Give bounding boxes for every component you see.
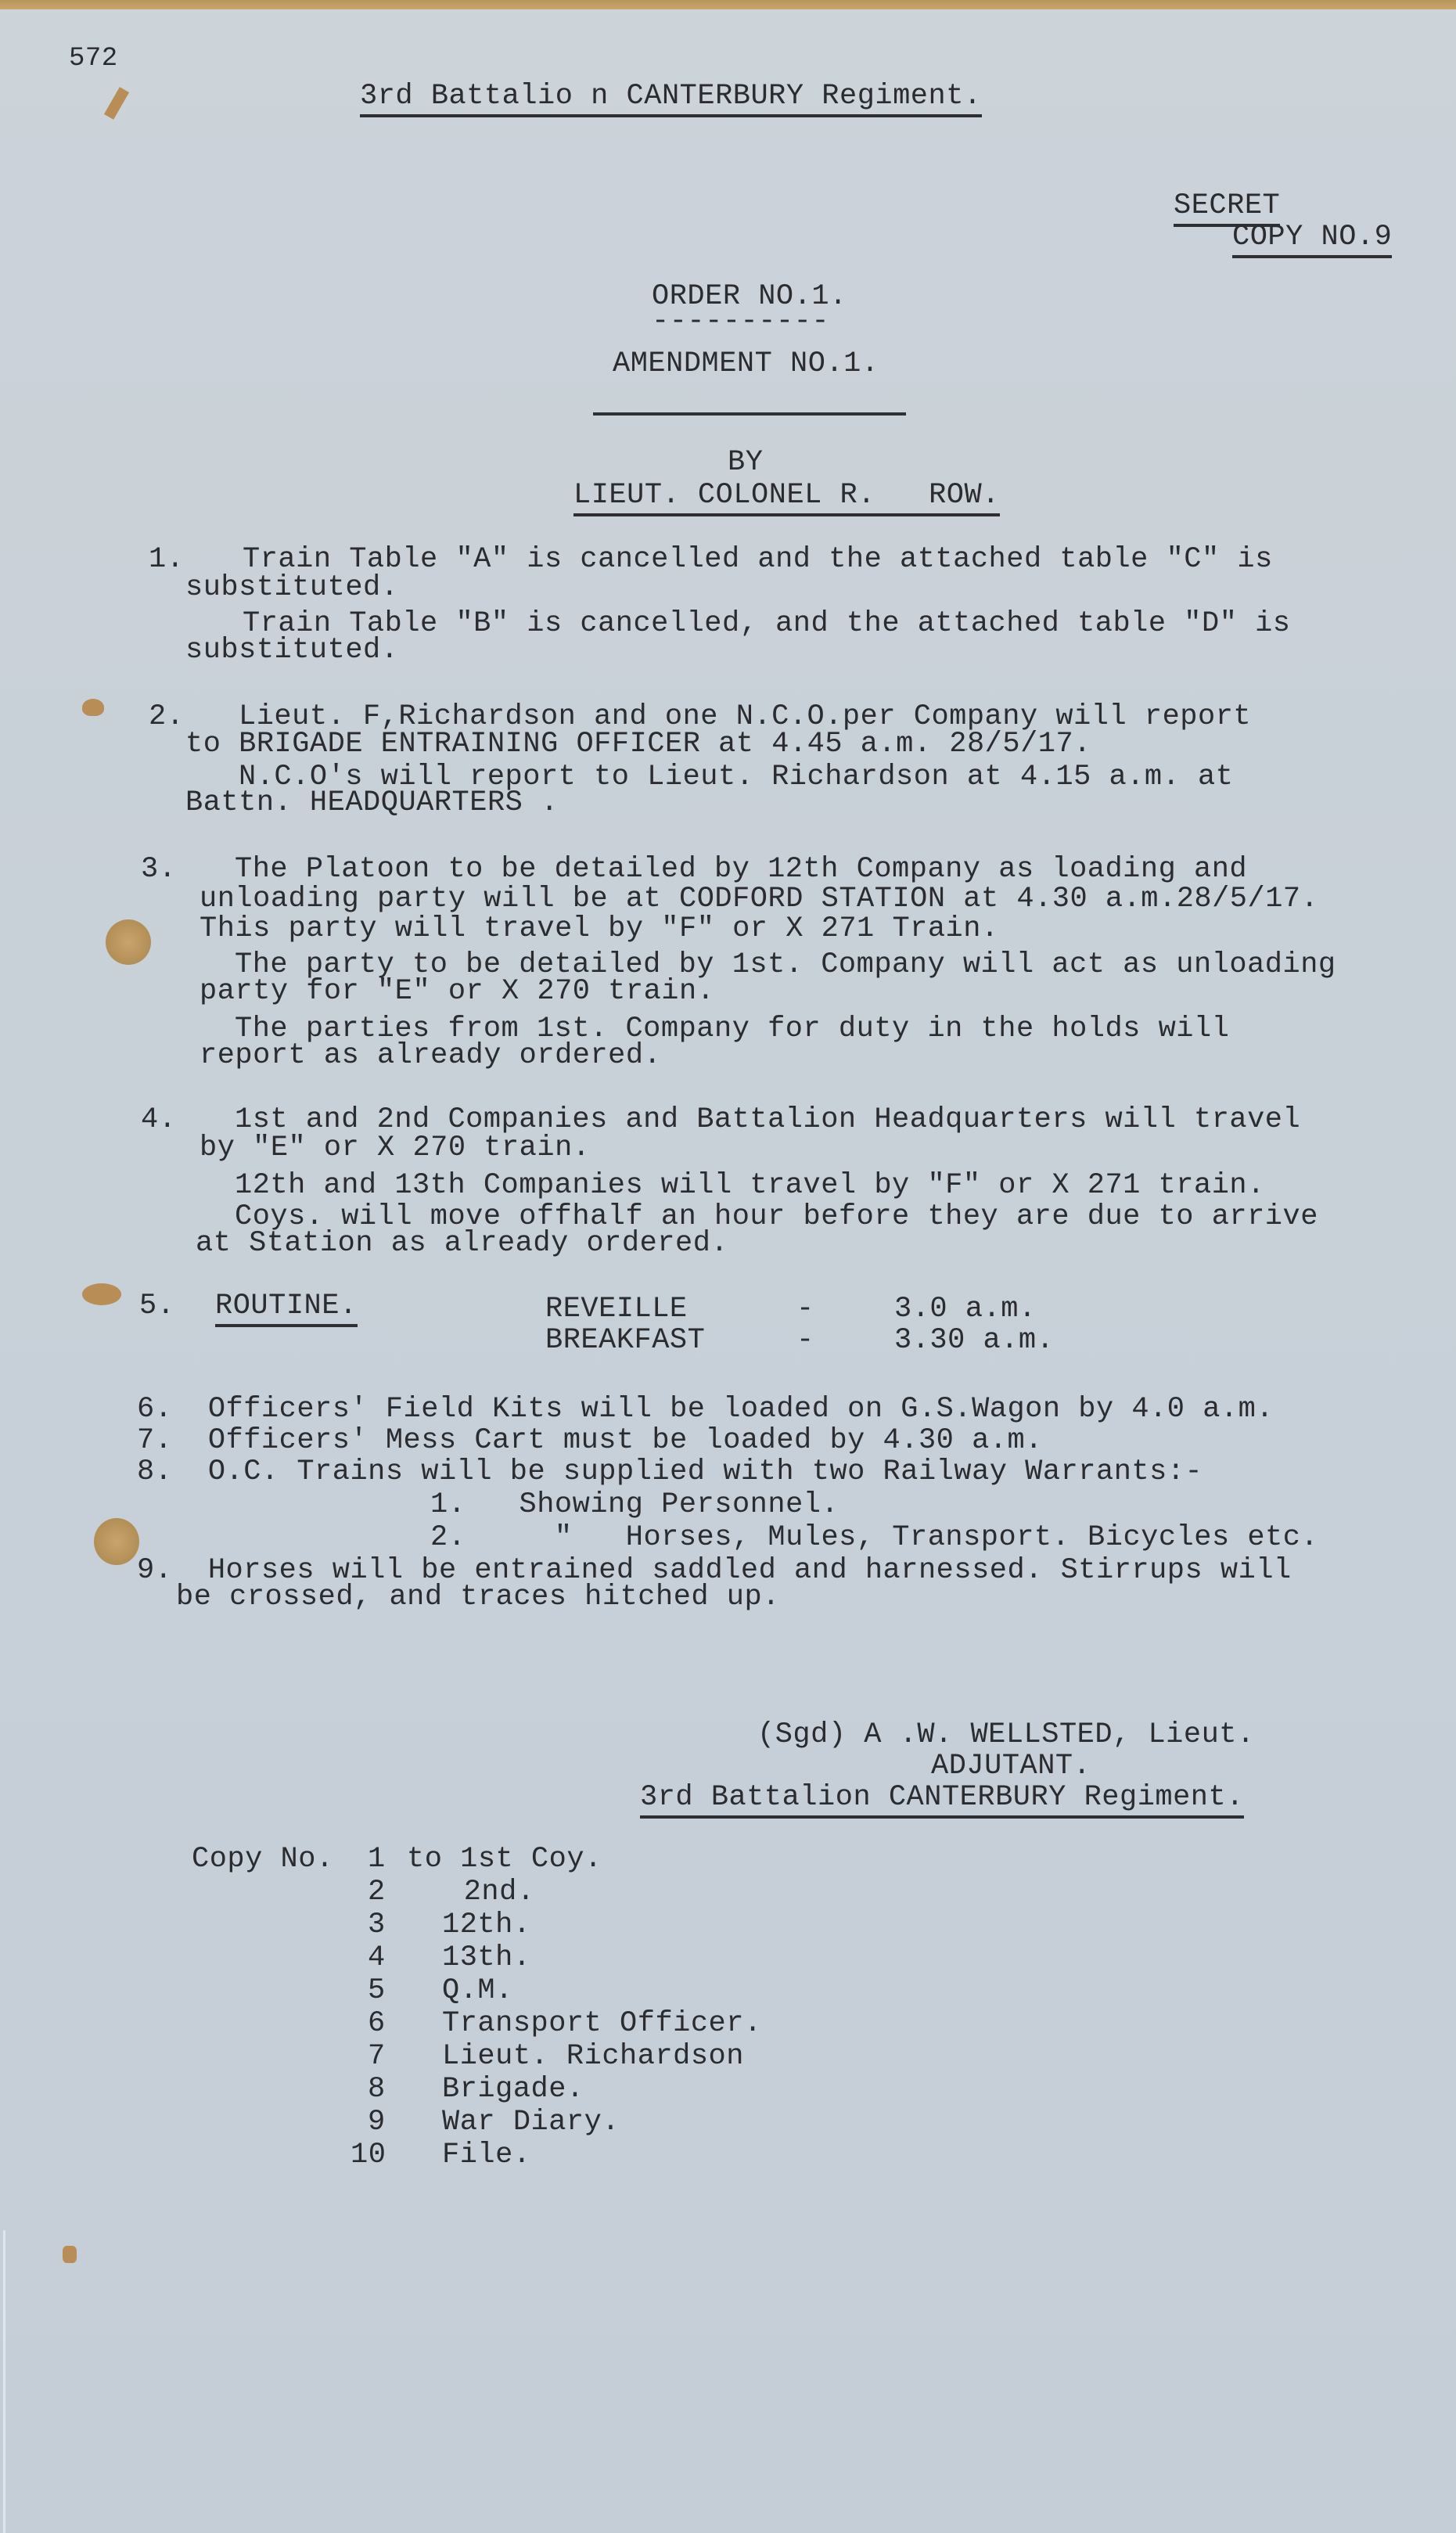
divider xyxy=(593,412,906,416)
copy-no: 10 xyxy=(351,2139,386,2171)
para-3-line: party for "E" or X 270 train. xyxy=(200,975,714,1008)
copy-no: 7 xyxy=(368,2040,386,2073)
routine-item-dash: - xyxy=(796,1324,814,1357)
copy-recipient: File. xyxy=(442,2139,531,2171)
signature-title: ADJUTANT. xyxy=(931,1750,1091,1783)
routine-item-time: 3.30 a.m. xyxy=(894,1324,1054,1357)
para-3-line: The Platoon to be detailed by 12th Compa… xyxy=(235,853,1247,886)
tear-mark xyxy=(82,699,104,716)
para-4-line: by "E" or X 270 train. xyxy=(200,1132,590,1164)
tear-mark xyxy=(63,2246,77,2263)
copy-recipient: 13th. xyxy=(442,1941,531,1974)
routine-label: ROUTINE. xyxy=(215,1290,358,1327)
unit-header: 3rd Battalio n CANTERBURY Regiment. xyxy=(360,80,982,117)
para-2-num: 2. xyxy=(149,700,184,733)
para-4-num: 4. xyxy=(141,1103,176,1136)
tear-mark xyxy=(82,1283,121,1305)
routine-item-time: 3.0 a.m. xyxy=(894,1293,1037,1326)
signature-unit: 3rd Battalion CANTERBURY Regiment. xyxy=(640,1781,1244,1819)
copy-no: 9 xyxy=(368,2106,386,2139)
para-5-num: 5. xyxy=(139,1290,174,1322)
para-8: 8. O.C. Trains will be supplied with two… xyxy=(137,1455,1203,1488)
copy-no: 6 xyxy=(368,2007,386,2040)
warrant-1: 1. Showing Personnel. xyxy=(430,1488,839,1521)
copy-no: 3 xyxy=(368,1909,386,1941)
page-number: 572 xyxy=(69,42,118,75)
distribution-prefix: Copy No. xyxy=(192,1843,334,1876)
routine-item-name: REVEILLE xyxy=(545,1293,688,1326)
para-7: 7. Officers' Mess Cart must be loaded by… xyxy=(137,1424,1043,1457)
copy-recipient: War Diary. xyxy=(442,2106,620,2139)
copy-recipient: Transport Officer. xyxy=(442,2007,762,2040)
copy-recipient: 12th. xyxy=(442,1909,531,1941)
para-3-line: This party will travel by "F" or X 271 T… xyxy=(200,912,999,945)
para-1-line: Train Table "B" is cancelled, and the at… xyxy=(243,607,1291,640)
routine-item-dash: - xyxy=(796,1293,814,1326)
copy-recipient: Lieut. Richardson xyxy=(442,2040,744,2073)
para-4-line: at Station as already ordered. xyxy=(196,1227,728,1260)
copy-recipient: Q.M. xyxy=(442,1974,513,2007)
copy-recipient: Brigade. xyxy=(442,2073,584,2106)
para-9-line: be crossed, and traces hitched up. xyxy=(176,1581,780,1614)
punch-hole xyxy=(106,919,151,965)
signature-name: (Sgd) A .W. WELLSTED, Lieut. xyxy=(757,1718,1255,1751)
para-3-line: report as already ordered. xyxy=(200,1039,661,1072)
copy-no: 5 xyxy=(368,1974,386,2007)
warrant-2: 2. " Horses, Mules, Transport. Bicycles … xyxy=(430,1521,1318,1554)
document-page xyxy=(0,9,1456,2533)
by-label: BY xyxy=(728,446,763,479)
copy-no: 2 xyxy=(368,1876,386,1909)
para-6: 6. Officers' Field Kits will be loaded o… xyxy=(137,1393,1274,1426)
punch-hole xyxy=(94,1518,139,1565)
para-3-num: 3. xyxy=(141,853,176,886)
routine-item-name: BREAKFAST xyxy=(545,1324,705,1357)
amendment-title: AMENDMENT NO.1. xyxy=(613,347,879,380)
copy-no: 4 xyxy=(368,1941,386,1974)
dash-line: ---------- xyxy=(652,305,829,338)
para-1-line: substituted. xyxy=(185,571,398,604)
copy-number: COPY NO.9 xyxy=(1232,221,1392,258)
paper-edge xyxy=(3,2230,5,2533)
para-2-line: Battn. HEADQUARTERS . xyxy=(185,786,559,819)
para-3-line: unloading party will be at CODFORD STATI… xyxy=(200,883,1318,916)
copy-no: 1 xyxy=(368,1843,386,1876)
para-1-num: 1. xyxy=(149,543,184,576)
para-4-line: 12th and 13th Companies will travel by "… xyxy=(235,1169,1265,1202)
para-2-line: to BRIGADE ENTRAINING OFFICER at 4.45 a.… xyxy=(185,728,1091,761)
para-1-line: substituted. xyxy=(185,634,398,667)
author: LIEUT. COLONEL R. ROW. xyxy=(573,479,1000,516)
copy-recipient: to 1st Coy. xyxy=(407,1843,602,1876)
copy-recipient: 2nd. xyxy=(446,1876,535,1909)
copy-no: 8 xyxy=(368,2073,386,2106)
